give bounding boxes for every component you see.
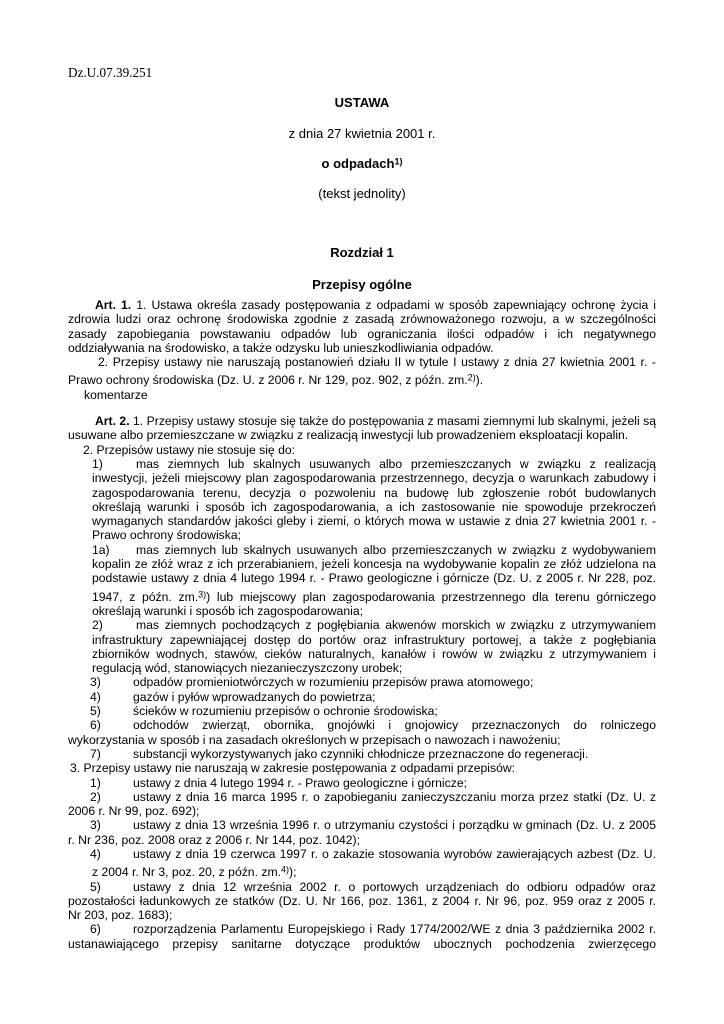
- text-line: regulacją wód, stanowiących niezanieczys…: [92, 661, 656, 675]
- text-segment: rozporządzenia Parlamentu Europejskiego …: [133, 922, 656, 936]
- ref-item-1: 1)ustawy z dnia 4 lutego 1994 r. - Prawo…: [68, 776, 656, 790]
- text-line: zbiorników wodnych, stawów, cieków natur…: [92, 647, 656, 661]
- text-line: Art. 2. 1. Przepisy ustawy stosuje się t…: [68, 414, 656, 428]
- footnote-ref: 4): [281, 865, 289, 875]
- text-line: 3)odpadów promieniotwórczych w rozumieni…: [68, 675, 656, 689]
- article-1-paragraph-1: Art. 1. 1. Ustawa określa zasady postępo…: [68, 298, 656, 355]
- text-segment: usuwane albo przemieszczane w związku z …: [68, 428, 628, 442]
- text-line: 5)ścieków w rozumieniu przepisów o ochro…: [68, 704, 656, 718]
- law-subject: o odpadach1): [68, 157, 656, 172]
- list-item-3: 3)odpadów promieniotwórczych w rozumieni…: [68, 675, 656, 689]
- footnote-ref: 2): [468, 373, 476, 383]
- text-segment: wykorzystania w sposób i na zasadach okr…: [68, 733, 561, 747]
- text-line: określają warunki i sposób ich zagospoda…: [92, 604, 656, 618]
- item-number: 5): [90, 880, 133, 894]
- text-line: zdrowia ludzi oraz ochronę środowiska zg…: [68, 312, 656, 326]
- text-segment: ścieków w rozumieniu przepisów o ochroni…: [133, 704, 438, 718]
- text-line: 1)ustawy z dnia 4 lutego 1994 r. - Prawo…: [68, 776, 656, 790]
- text-line: podstawie ustawy z dnia 4 lutego 1994 r.…: [92, 571, 656, 585]
- list-item-4: 4)gazów i pyłów wprowadzanych do powietr…: [68, 690, 656, 704]
- text-line: 2. Przepisów ustawy nie stosuje się do:: [68, 443, 656, 457]
- text-segment: wymaganych standardów jakości gleby i zi…: [92, 514, 656, 528]
- text-line: Prawo ochrony środowiska (Dz. U. z 2006 …: [68, 373, 656, 387]
- text-line: 2)mas ziemnych pochodzących z pogłębiani…: [92, 618, 656, 632]
- text-segment: 3. Przepisy ustawy nie naruszają w zakre…: [70, 761, 515, 775]
- text-line: 1a)mas ziemnych lub skalnych usuwanych a…: [92, 543, 656, 557]
- law-subject-text: o odpadach: [322, 156, 395, 171]
- article-2-paragraph-1: Art. 2. 1. Przepisy ustawy stosuje się t…: [68, 414, 656, 443]
- ref-item-5: 5)ustawy z dnia 12 września 2002 r. o po…: [68, 880, 656, 923]
- text-line: 2006 r. Nr 99, poz. 692);: [68, 804, 656, 818]
- text-line: r. Nr 236, poz. 2008 oraz z 2006 r. Nr 1…: [68, 833, 656, 847]
- item-number: 2): [90, 790, 133, 804]
- text-segment: z 2004 r. Nr 3, poz. 20, z późn. zm.: [92, 865, 281, 879]
- text-segment: regulacją wód, stanowiących niezanieczys…: [92, 661, 402, 675]
- list-item-6: 6)odchodów zwierząt, obornika, gnojówki …: [68, 718, 656, 747]
- item-number: 3): [90, 675, 133, 689]
- text-segment: ustawy z dnia 4 lutego 1994 r. - Prawo g…: [133, 776, 467, 790]
- text-segment: odchodów zwierząt, obornika, gnojówki i …: [133, 718, 656, 732]
- text-segment: 1. Ustawa określa zasady postępowania z …: [131, 298, 656, 312]
- text-line: 7)substancji wykorzystywanych jako czynn…: [68, 747, 656, 761]
- text-segment: Nr 203, poz. 1683);: [68, 908, 172, 922]
- item-number: 4): [90, 690, 133, 704]
- text-line: wymaganych standardów jakości gleby i zi…: [92, 514, 656, 528]
- item-number: 1): [90, 776, 133, 790]
- text-segment: infrastruktury zapewniającej dostęp do p…: [92, 633, 656, 647]
- text-line: zasady zapobiegania powstawaniu odpadów …: [68, 327, 656, 341]
- text-line: 1)mas ziemnych lub skalnych usuwanych al…: [92, 457, 656, 471]
- text-segment: ).: [476, 373, 483, 387]
- text-segment: 1947, z późn. zm.: [92, 590, 198, 604]
- text-segment: 2. Przepisów ustawy nie stosuje się do:: [83, 443, 295, 457]
- list-item-2: 2)mas ziemnych pochodzących z pogłębiani…: [92, 618, 656, 675]
- footnote-ref-1: 1): [394, 157, 402, 167]
- item-number: 7): [90, 747, 133, 761]
- text-line: oddziaływania na środowisko, a także odz…: [68, 341, 656, 355]
- ref-item-3: 3)ustawy z dnia 13 września 1996 r. o ut…: [68, 818, 656, 847]
- text-line: Art. 1. 1. Ustawa określa zasady postępo…: [68, 298, 656, 312]
- article-2-paragraph-2-intro: 2. Przepisów ustawy nie stosuje się do:: [68, 443, 656, 457]
- text-line: ustanawiającego przepisy sanitarne dotyc…: [68, 937, 656, 951]
- text-line: 6)rozporządzenia Parlamentu Europejskieg…: [68, 922, 656, 936]
- item-number: 5): [90, 704, 133, 718]
- text-segment: zagospodarowania terenu, decyzja o pozwo…: [92, 486, 656, 500]
- text-segment: komentarze: [84, 388, 148, 402]
- bold-lead: Art. 1.: [95, 298, 131, 312]
- document-page: Dz.U.07.39.251 USTAWA z dnia 27 kwietnia…: [0, 0, 724, 951]
- text-segment: zdrowia ludzi oraz ochronę środowiska zg…: [68, 312, 656, 326]
- text-segment: mas ziemnych lub skalnych usuwanych albo…: [136, 543, 656, 557]
- item-number: 1a): [92, 543, 136, 557]
- text-segment: ustawy z dnia 13 września 1996 r. o utrz…: [133, 818, 656, 832]
- law-date: z dnia 27 kwietnia 2001 r.: [68, 127, 656, 142]
- ref-item-2: 2)ustawy z dnia 16 marca 1995 r. o zapob…: [68, 790, 656, 819]
- text-segment: zasady zapobiegania powstawaniu odpadów …: [68, 327, 656, 341]
- text-segment: ustawy z dnia 12 września 2002 r. o port…: [133, 880, 656, 894]
- text-line: 5)ustawy z dnia 12 września 2002 r. o po…: [68, 880, 656, 894]
- text-segment: oddziaływania na środowisko, a także odz…: [68, 341, 493, 355]
- text-line: zagospodarowania terenu, decyzja o pozwo…: [92, 486, 656, 500]
- komentarze-note: komentarze: [68, 388, 656, 402]
- text-segment: mas ziemnych lub skalnych usuwanych albo…: [136, 457, 656, 471]
- text-segment: zbiorników wodnych, stawów, cieków natur…: [92, 647, 656, 661]
- text-line: 6)odchodów zwierząt, obornika, gnojówki …: [68, 718, 656, 732]
- text-segment: );: [289, 865, 296, 879]
- list-item-1: 1)mas ziemnych lub skalnych usuwanych al…: [92, 457, 656, 543]
- list-item-7: 7)substancji wykorzystywanych jako czynn…: [68, 747, 656, 761]
- text-segment: 2. Przepisy ustawy nie naruszają postano…: [98, 355, 656, 369]
- text-line: Nr 203, poz. 1683);: [68, 908, 656, 922]
- text-line: określają warunki i sposób ich zagospoda…: [92, 500, 656, 514]
- text-line: 1947, z późn. zm.3)) lub miejscowy plan …: [92, 590, 656, 604]
- text-segment: ustanawiającego przepisy sanitarne dotyc…: [68, 937, 656, 951]
- text-segment: gazów i pyłów wprowadzanych do powietrza…: [133, 690, 376, 704]
- ref-item-4-continuation: z 2004 r. Nr 3, poz. 20, z późn. zm.4));: [92, 865, 656, 879]
- text-segment: ustawy z dnia 19 czerwca 1997 r. o zakaz…: [133, 847, 656, 861]
- text-line: 2)ustawy z dnia 16 marca 1995 r. o zapob…: [68, 790, 656, 804]
- item-number: 6): [90, 922, 133, 936]
- text-segment: określają warunki i sposób ich zagospoda…: [92, 500, 656, 514]
- text-line: 4)ustawy z dnia 19 czerwca 1997 r. o zak…: [68, 847, 656, 861]
- text-segment: ) lub miejscowy plan zagospodarowania pr…: [206, 590, 656, 604]
- bold-lead: Art. 2.: [95, 414, 130, 428]
- text-line: kopalin ze złóż wraz z ich przerabianiem…: [92, 557, 656, 571]
- law-title: USTAWA: [68, 96, 656, 111]
- text-line: 4)gazów i pyłów wprowadzanych do powietr…: [68, 690, 656, 704]
- item-number: 3): [90, 818, 133, 832]
- text-segment: 1. Przepisy ustawy stosuje się także do …: [130, 414, 656, 428]
- text-segment: pozostałości ładunkowych ze statków (Dz.…: [68, 894, 656, 908]
- text-line: Prawo ochrony środowiska;: [92, 528, 656, 542]
- text-segment: 2006 r. Nr 99, poz. 692);: [68, 804, 199, 818]
- text-segment: podstawie ustawy z dnia 4 lutego 1994 r.…: [92, 571, 656, 585]
- text-segment: ustawy z dnia 16 marca 1995 r. o zapobie…: [133, 790, 656, 804]
- text-line: usuwane albo przemieszczane w związku z …: [68, 428, 656, 442]
- item-number: 6): [90, 718, 133, 732]
- list-item-1a: 1a)mas ziemnych lub skalnych usuwanych a…: [92, 543, 656, 618]
- consolidation-note: (tekst jednolity): [68, 187, 656, 202]
- text-line: 3)ustawy z dnia 13 września 1996 r. o ut…: [68, 818, 656, 832]
- text-segment: Prawo ochrony środowiska;: [92, 528, 241, 542]
- list-item-5: 5)ścieków w rozumieniu przepisów o ochro…: [68, 704, 656, 718]
- text-segment: mas ziemnych pochodzących z pogłębiania …: [136, 618, 656, 632]
- text-segment: Prawo ochrony środowiska (Dz. U. z 2006 …: [68, 373, 468, 387]
- text-segment: odpadów promieniotwórczych w rozumieniu …: [133, 675, 533, 689]
- text-line: wykorzystania w sposób i na zasadach okr…: [68, 733, 656, 747]
- ref-item-4: 4)ustawy z dnia 19 czerwca 1997 r. o zak…: [68, 847, 656, 861]
- text-line: z 2004 r. Nr 3, poz. 20, z późn. zm.4));: [92, 865, 656, 879]
- text-segment: kopalin ze złóż wraz z ich przerabianiem…: [92, 557, 656, 571]
- text-line: 2. Przepisy ustawy nie naruszają postano…: [68, 355, 656, 369]
- chapter-number: Rozdział 1: [68, 246, 656, 261]
- item-number: 1): [92, 457, 136, 471]
- text-segment: określają warunki i sposób ich zagospoda…: [92, 604, 363, 618]
- text-line: pozostałości ładunkowych ze statków (Dz.…: [68, 894, 656, 908]
- text-line: 3. Przepisy ustawy nie naruszają w zakre…: [68, 761, 656, 775]
- text-line: komentarze: [68, 388, 656, 402]
- text-segment: inwestycji, jeżeli miejscowy plan zagosp…: [92, 471, 656, 485]
- doc-number: Dz.U.07.39.251: [68, 66, 656, 81]
- article-2-paragraph-3-intro: 3. Przepisy ustawy nie naruszają w zakre…: [68, 761, 656, 775]
- text-segment: r. Nr 236, poz. 2008 oraz z 2006 r. Nr 1…: [68, 833, 360, 847]
- text-line: inwestycji, jeżeli miejscowy plan zagosp…: [92, 471, 656, 485]
- article-1-paragraph-2: 2. Przepisy ustawy nie naruszają postano…: [68, 355, 656, 388]
- chapter-title: Przepisy ogólne: [68, 278, 656, 293]
- text-line: infrastruktury zapewniającej dostęp do p…: [92, 633, 656, 647]
- footnote-ref: 3): [198, 589, 206, 599]
- item-number: 2): [92, 618, 136, 632]
- ref-item-6: 6)rozporządzenia Parlamentu Europejskieg…: [68, 922, 656, 951]
- text-segment: substancji wykorzystywanych jako czynnik…: [133, 747, 588, 761]
- item-number: 4): [90, 847, 133, 861]
